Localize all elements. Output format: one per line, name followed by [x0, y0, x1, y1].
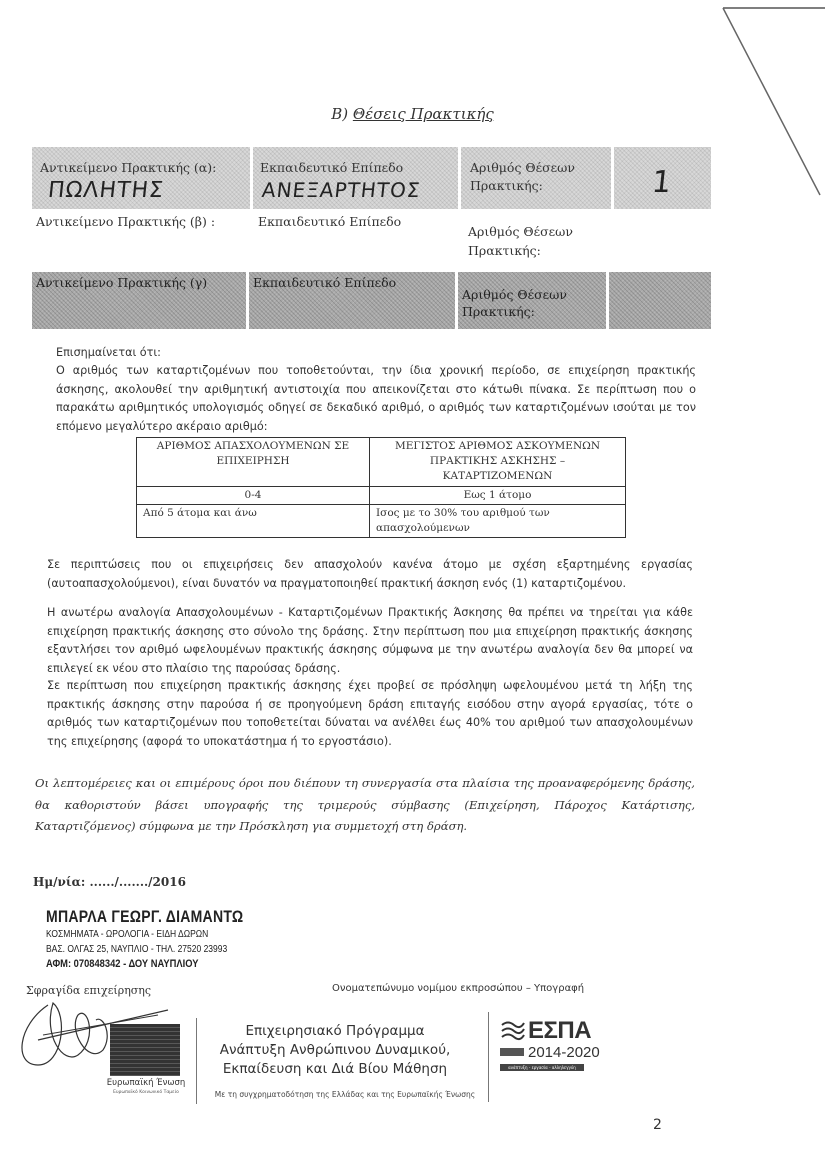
position-b-count-label-2: Πρακτικής: [468, 243, 541, 258]
stamp-line-3: ΑΦΜ: 070848342 - ΔΟΥ ΝΑΥΠΛΙΟΥ [46, 957, 243, 972]
cofinance-note: Με τη συγχρηματοδότηση της Ελλάδας και τ… [200, 1090, 490, 1099]
position-b-subject-label: Αντικείμενο Πρακτικής (β) : [36, 214, 215, 229]
table-cell: Ισος με το 30% του αριθμού των απασχολού… [370, 505, 626, 538]
position-c-count-label-2: Πρακτικής: [462, 304, 535, 319]
hiring-exception-paragraph: Σε περίπτωση που επιχείρηση πρακτικής άσ… [47, 677, 693, 751]
table-row: Από 5 άτομα και άνω Ισος με το 30% του α… [137, 505, 626, 538]
position-b-level-label: Εκπαιδευτικό Επίπεδο [258, 214, 401, 229]
position-c-count-value-cell [609, 272, 711, 329]
program-line-1: Επιχειρησιακό Πρόγραμμα [200, 1022, 470, 1041]
table-cell: Εως 1 άτομο [370, 487, 626, 505]
date-line[interactable]: Ημ/νία: ....../......./2016 [33, 875, 186, 889]
section-title-text: Θέσεις Πρακτικής [353, 105, 494, 123]
section-prefix: Β) [331, 105, 353, 123]
program-title: Επιχειρησιακό Πρόγραμμα Ανάπτυξη Ανθρώπι… [200, 1022, 470, 1079]
section-title: Β) Θέσεις Πρακτικής [0, 105, 825, 123]
self-employed-paragraph: Σε περιπτώσεις που οι επιχειρήσεις δεν α… [47, 556, 693, 593]
eu-sub-label: Ευρωπαϊκό Κοινωνικό Ταμείο [100, 1090, 192, 1095]
position-a-subject-label: Αντικείμενο Πρακτικής (α): [40, 160, 216, 175]
ratio-table: ΑΡΙΘΜΟΣ ΑΠΑΣΧΟΛΟΥΜΕΝΩΝ ΣΕ ΕΠΙΧΕΙΡΗΣΗ ΜΕΓ… [136, 437, 626, 538]
stamp-line-1: ΚΟΣΜΗΜΑΤΑ - ΩΡΟΛΟΓΙΑ - ΕΙΔΗ ΔΩΡΩΝ [46, 927, 243, 942]
position-a-level-value[interactable]: ΑΝΕΞΑΡΤΗΤΟΣ [261, 178, 422, 202]
footer-divider [196, 1018, 197, 1104]
eu-flag-icon [110, 1024, 180, 1076]
position-c-count-label: Αριθμός Θέσεων [462, 287, 567, 302]
company-stamp: ΜΠΑΡΛΑ ΓΕΩΡΓ. ΔΙΑΜΑΝΤΩ ΚΟΣΜΗΜΑΤΑ - ΩΡΟΛΟ… [46, 908, 278, 972]
table-cell: Από 5 άτομα και άνω [137, 505, 370, 538]
flag-icons [500, 1048, 524, 1056]
position-b-count-label: Αριθμός Θέσεων [468, 224, 573, 239]
note-body: Ο αριθμός των καταρτιζομένων που τοποθετ… [56, 362, 696, 436]
representative-label: Ονοματεπώνυμο νομίμου εκπροσώπου – Υπογρ… [332, 983, 584, 994]
position-a-level-label: Εκπαιδευτικό Επίπεδο [260, 160, 403, 175]
position-a-count-label: Αριθμός Θέσεων [470, 160, 575, 175]
stamp-line-2: ΒΑΣ. ΟΛΓΑΣ 25, ΝΑΥΠΛΙΟ - ΤΗΛ. 27520 2399… [46, 942, 243, 957]
espa-logo-title: ΕΣΠΑ [528, 1017, 591, 1045]
note-heading: Επισημαίνεται ότι: [56, 344, 161, 363]
position-a-count-value[interactable]: 1 [650, 165, 674, 200]
table-header-row: ΑΡΙΘΜΟΣ ΑΠΑΣΧΟΛΟΥΜΕΝΩΝ ΣΕ ΕΠΙΧΕΙΡΗΣΗ ΜΕΓ… [137, 438, 626, 487]
table-row: 0-4 Εως 1 άτομο [137, 487, 626, 505]
position-a-count-label-2: Πρακτικής: [470, 178, 543, 193]
espa-waves-icon [500, 1020, 526, 1042]
position-c-level-label: Εκπαιδευτικό Επίπεδο [253, 275, 396, 290]
stamp-company-name: ΜΠΑΡΛΑ ΓΕΩΡΓ. ΔΙΑΜΑΝΤΩ [46, 908, 243, 927]
footer-divider-2 [488, 1012, 489, 1102]
program-line-2: Ανάπτυξη Ανθρώπινου Δυναμικού, [200, 1041, 470, 1060]
table-header-cell: ΑΡΙΘΜΟΣ ΑΠΑΣΧΟΛΟΥΜΕΝΩΝ ΣΕ ΕΠΙΧΕΙΡΗΣΗ [137, 438, 370, 487]
position-c-subject-label: Αντικείμενο Πρακτικής (γ) [36, 275, 207, 290]
eu-label: Ευρωπαϊκή Ένωση [100, 1078, 192, 1088]
espa-years: 2014-2020 [528, 1044, 600, 1061]
position-a-subject-value[interactable]: ΠΩΛΗΤΗΣ [47, 178, 165, 203]
table-header-cell: ΜΕΓΙΣΤΟΣ ΑΡΙΘΜΟΣ ΑΣΚΟΥΜΕΝΩΝ ΠΡΑΚΤΙΚΗΣ ΑΣ… [370, 438, 626, 487]
scan-artifact-line [715, 0, 825, 200]
terms-paragraph: Οι λεπτομέρειες και οι επιμέρους όροι πο… [35, 773, 695, 838]
table-cell: 0-4 [137, 487, 370, 505]
espa-tagline: ανάπτυξη - εργασία - αλληλεγγύη [500, 1064, 584, 1071]
ratio-rule-paragraph: Η ανωτέρω αναλογία Απασχολουμένων - Κατα… [47, 604, 693, 678]
program-line-3: Εκπαίδευση και Διά Βίου Μάθηση [200, 1060, 470, 1079]
page-number: 2 [653, 1117, 662, 1133]
